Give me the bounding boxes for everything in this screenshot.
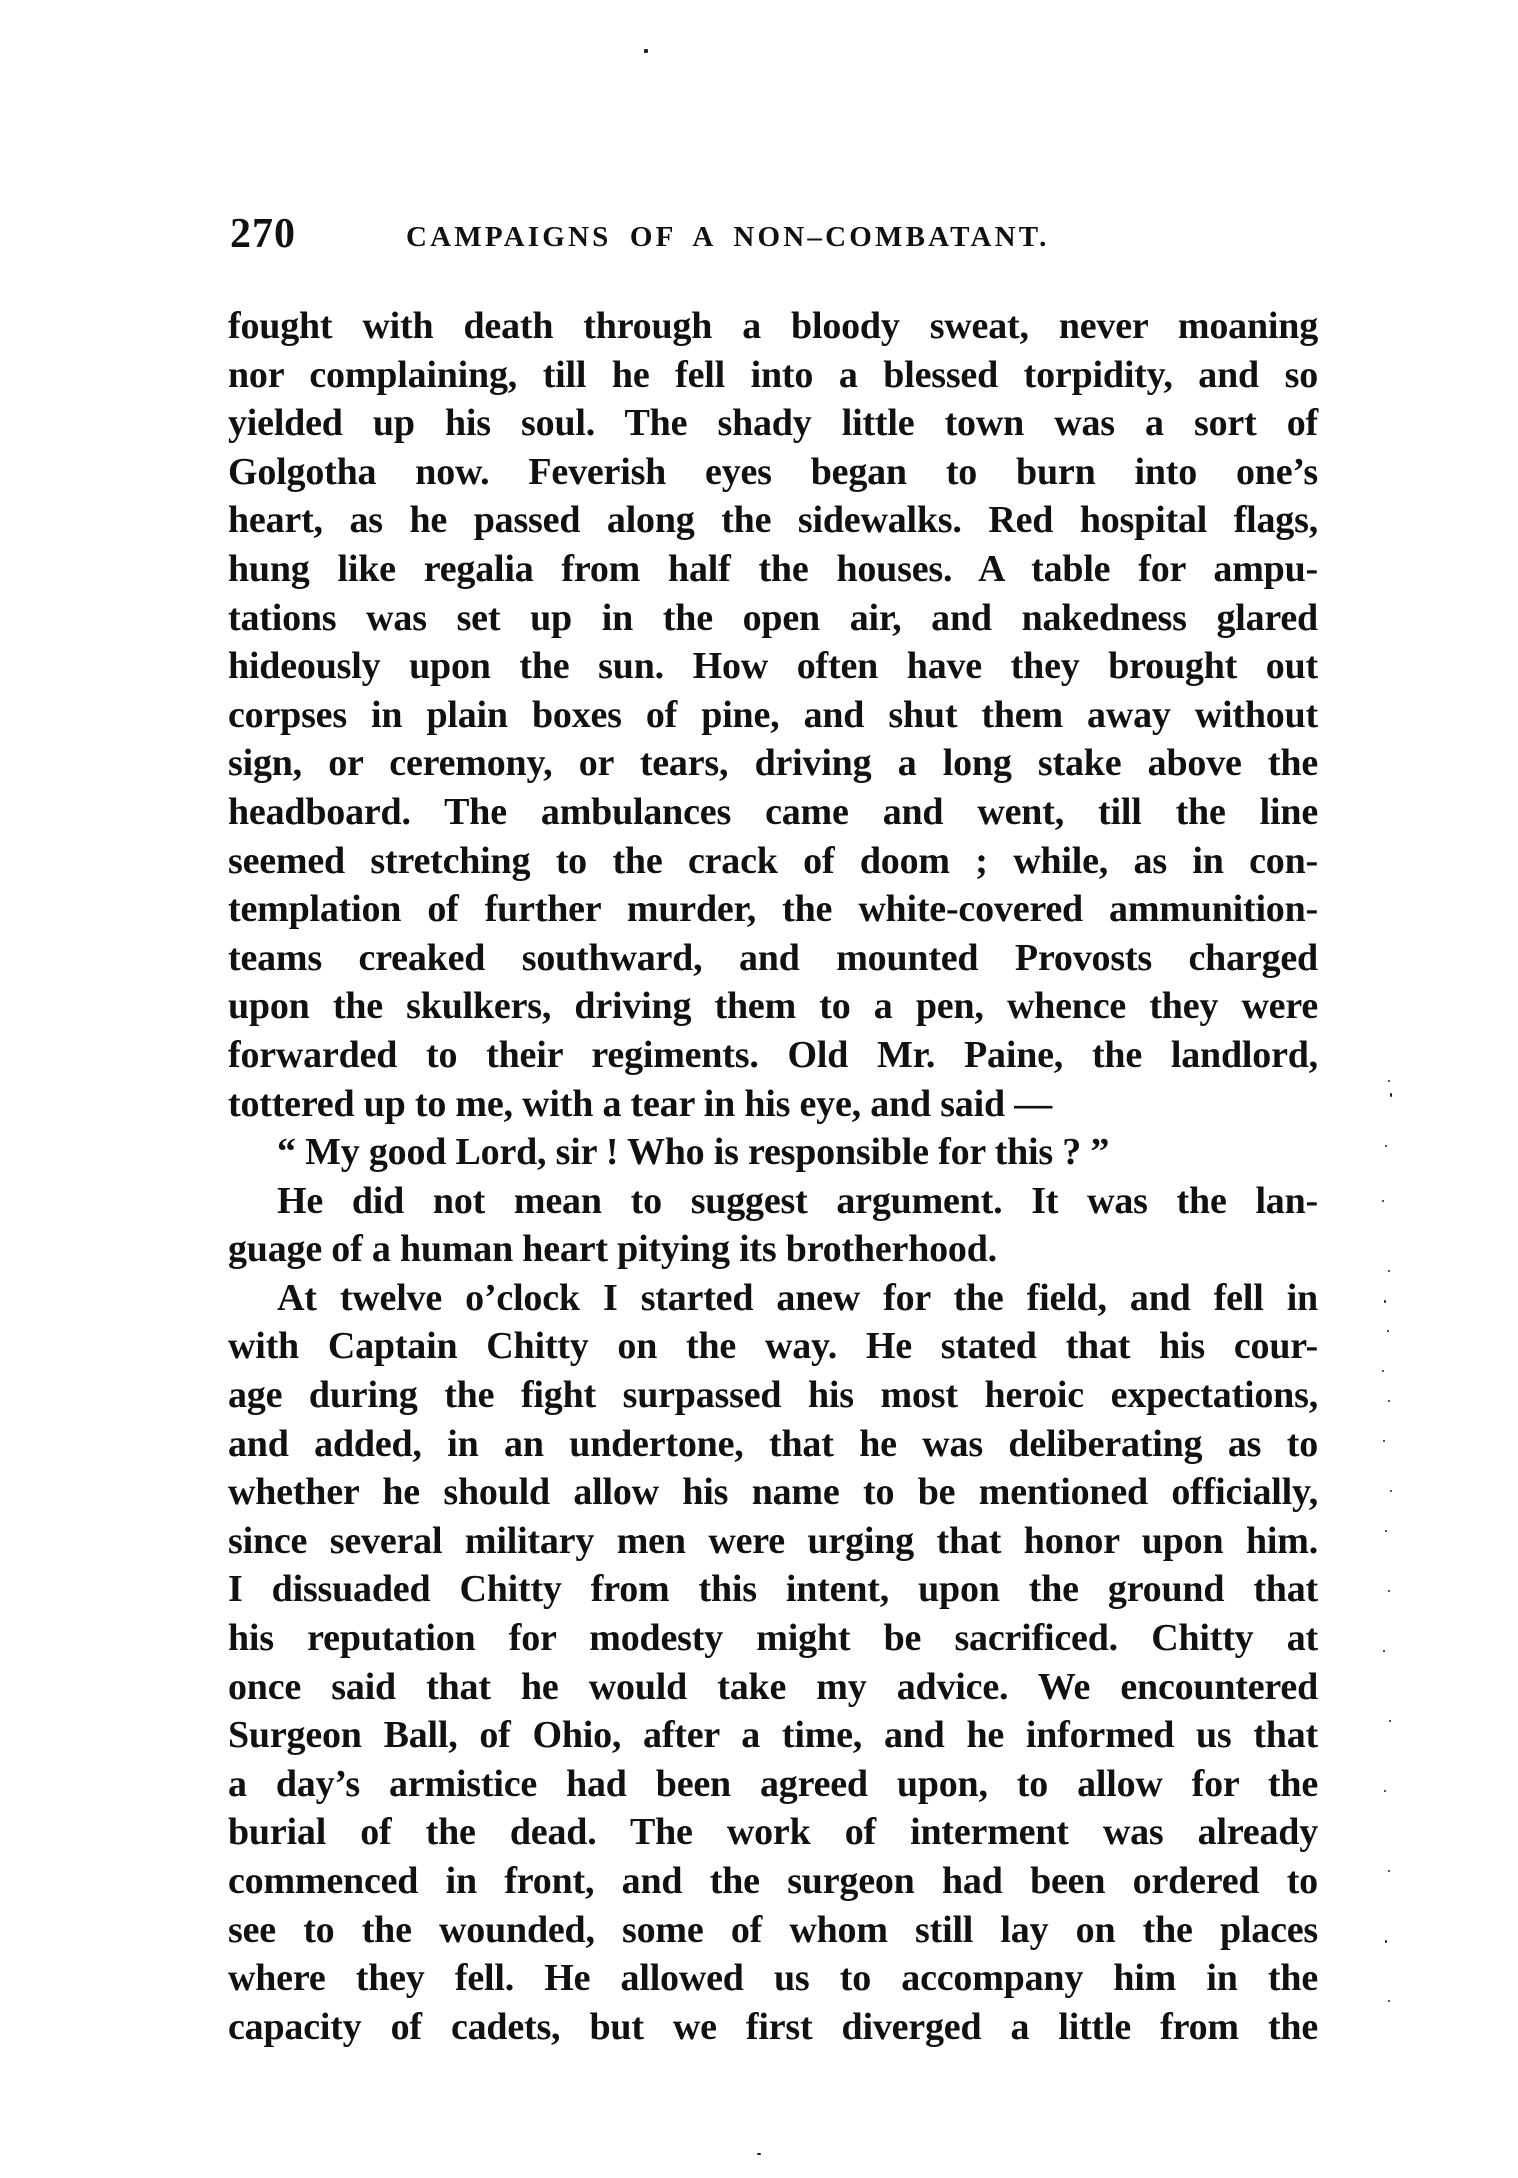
text-line: capacity of cadets, but we first diverge… (228, 2003, 1318, 2052)
book-page: 270 CAMPAIGNS OF A NON–COMBATANT. fought… (0, 0, 1518, 2178)
text-line: forwarded to their regiments. Old Mr. Pa… (228, 1031, 1318, 1080)
text-line: yielded up his soul. The shady little to… (228, 399, 1318, 448)
text-line: whether he should allow his name to be m… (228, 1468, 1318, 1517)
text-line: fought with death through a bloody sweat… (228, 302, 1318, 351)
text-line: heart, as he passed along the sidewalks.… (228, 496, 1318, 545)
text-line: and added, in an undertone, that he was … (228, 1420, 1318, 1469)
text-line: “ My good Lord, sir ! Who is responsible… (228, 1128, 1318, 1177)
text-line: a day’s armistice had been agreed upon, … (228, 1760, 1318, 1809)
text-line: commenced in front, and the surgeon had … (228, 1857, 1318, 1906)
text-line: seemed stretching to the crack of doom ;… (228, 837, 1318, 886)
text-line: hung like regalia from half the houses. … (228, 545, 1318, 594)
text-line: once said that he would take my advice. … (228, 1663, 1318, 1712)
text-line: He did not mean to suggest argument. It … (228, 1177, 1318, 1226)
text-line: Surgeon Ball, of Ohio, after a time, and… (228, 1711, 1318, 1760)
text-line: his reputation for modesty might be sacr… (228, 1614, 1318, 1663)
text-line: corpses in plain boxes of pine, and shut… (228, 691, 1318, 740)
running-title: CAMPAIGNS OF A NON–COMBATANT. (406, 220, 1050, 254)
text-line: templation of further murder, the white-… (228, 885, 1318, 934)
text-line: with Captain Chitty on the way. He state… (228, 1322, 1318, 1371)
text-line: I dissuaded Chitty from this intent, upo… (228, 1565, 1318, 1614)
body-text: fought with death through a bloody sweat… (228, 302, 1318, 2051)
text-line: burial of the dead. The work of intermen… (228, 1808, 1318, 1857)
text-line: since several military men were urging t… (228, 1517, 1318, 1566)
running-head: 270 CAMPAIGNS OF A NON–COMBATANT. (228, 212, 1318, 256)
text-line: teams creaked southward, and mounted Pro… (228, 934, 1318, 983)
text-line: age during the fight surpassed his most … (228, 1371, 1318, 1420)
text-line: tottered up to me, with a tear in his ey… (228, 1080, 1318, 1129)
text-line: guage of a human heart pitying its broth… (228, 1225, 1318, 1274)
text-line: see to the wounded, some of whom still l… (228, 1906, 1318, 1955)
text-line: where they fell. He allowed us to accomp… (228, 1954, 1318, 2003)
text-line: tations was set up in the open air, and … (228, 594, 1318, 643)
scan-speck (644, 49, 648, 53)
text-line: hideously upon the sun. How often have t… (228, 642, 1318, 691)
text-line: sign, or ceremony, or tears, driving a l… (228, 739, 1318, 788)
text-line: At twelve o’clock I started anew for the… (228, 1274, 1318, 1323)
text-line: nor complaining, till he fell into a ble… (228, 351, 1318, 400)
text-line: upon the skulkers, driving them to a pen… (228, 982, 1318, 1031)
text-line: headboard. The ambulances came and went,… (228, 788, 1318, 837)
scan-speck-column (1380, 1060, 1400, 2060)
scan-speck (757, 2153, 761, 2155)
page-number: 270 (230, 212, 296, 256)
text-line: Golgotha now. Feverish eyes began to bur… (228, 448, 1318, 497)
